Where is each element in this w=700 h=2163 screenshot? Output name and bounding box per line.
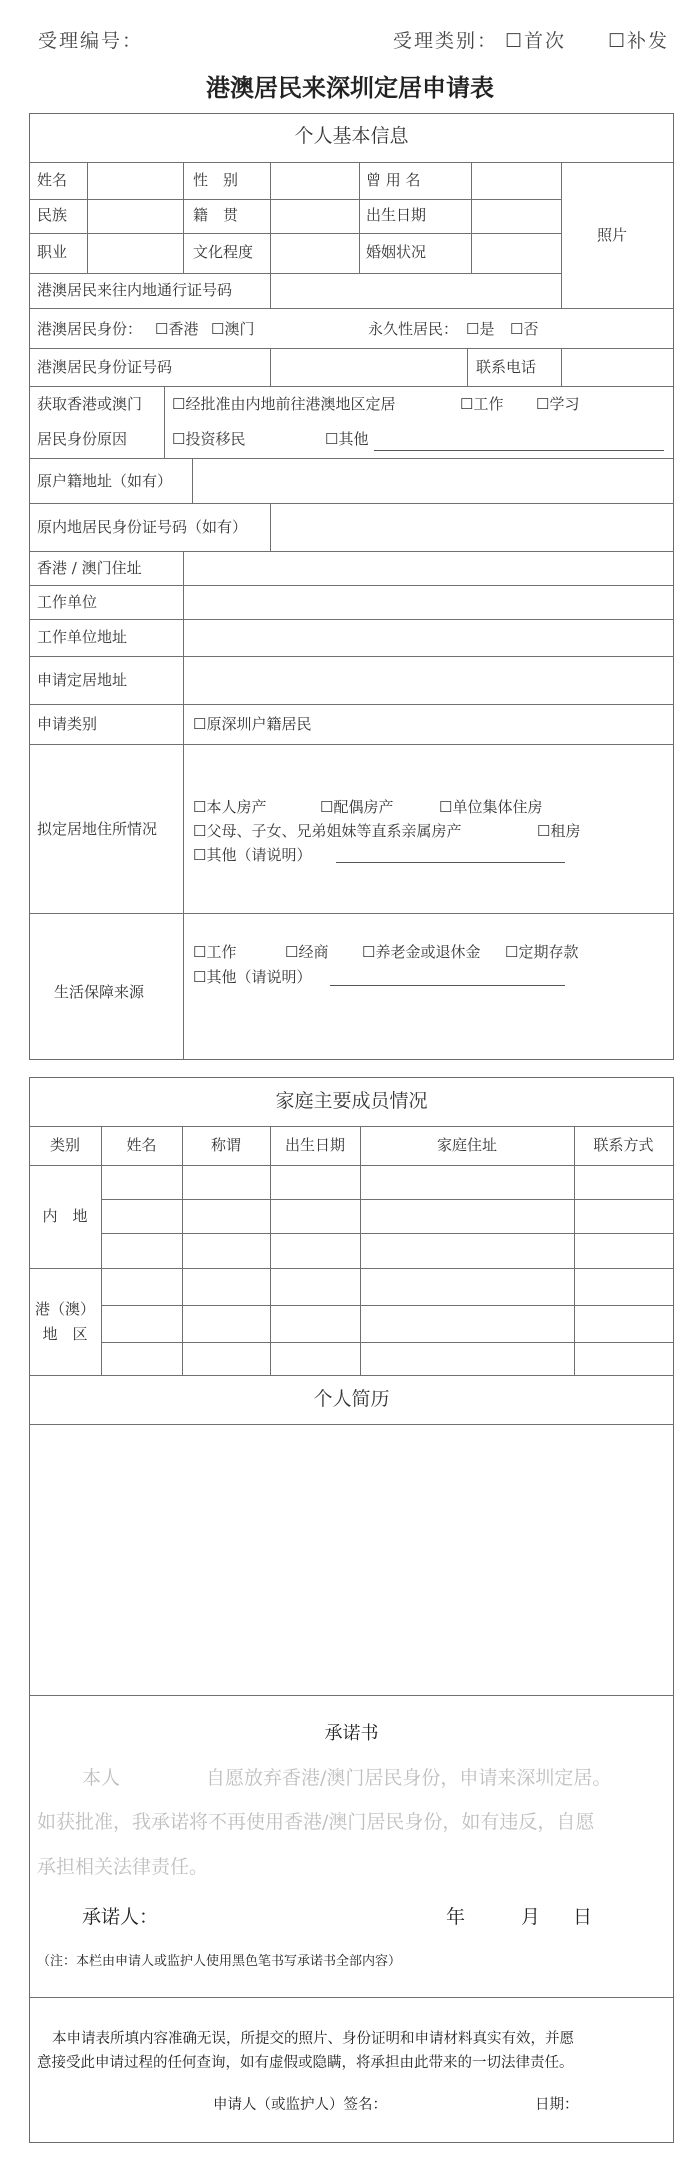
section-title-resume: 个人简历 xyxy=(29,1390,674,1409)
checkbox-original-shenzhen-hukou[interactable]: ☐原深圳户籍居民 xyxy=(193,717,311,732)
input-housing-other[interactable] xyxy=(336,862,565,863)
input-hk-macau-address[interactable] xyxy=(184,552,672,584)
input-id-number[interactable] xyxy=(271,349,466,385)
label-settle-address: 申请定居地址 xyxy=(37,673,127,688)
input-permit-number[interactable] xyxy=(271,274,560,307)
label-native-place: 籍 贯 xyxy=(193,208,238,223)
input-settle-address[interactable] xyxy=(184,657,672,703)
input-education[interactable] xyxy=(271,234,358,272)
label-education: 文化程度 xyxy=(193,245,253,260)
pledge-note: （注：本栏由申请人或监护人使用黑色笔书写承诺书全部内容） xyxy=(37,1955,401,1968)
label-occupation: 职业 xyxy=(37,245,67,260)
page-title: 港澳居民来深圳定居申请表 xyxy=(0,68,700,103)
pledge-signer-input[interactable] xyxy=(160,1902,420,1928)
declaration-date-input[interactable] xyxy=(580,2092,670,2116)
label-employer-address: 工作单位地址 xyxy=(37,630,127,645)
checkbox-housing-other[interactable]: ☐其他（请说明） xyxy=(193,848,311,863)
pledge-text-prefix: 本人 xyxy=(82,1769,120,1788)
input-occupation[interactable] xyxy=(88,234,182,272)
input-native-place[interactable] xyxy=(271,200,358,232)
col-header-category: 类别 xyxy=(29,1138,101,1153)
input-gender[interactable] xyxy=(271,163,358,198)
label-name: 姓名 xyxy=(37,173,67,188)
checkbox-livelihood-work[interactable]: ☐工作 xyxy=(193,945,236,960)
checkbox-permanent-yes[interactable]: ☐是 xyxy=(466,322,494,337)
input-birth-date[interactable] xyxy=(472,200,560,232)
checkbox-macau[interactable]: ☐澳门 xyxy=(211,322,254,337)
section-title-basic-info: 个人基本信息 xyxy=(29,127,674,146)
input-original-hukou[interactable] xyxy=(193,459,672,502)
label-permanent-resident: 永久性居民： xyxy=(368,322,458,337)
pledge-day-label: 日 xyxy=(573,1908,592,1927)
input-original-id[interactable] xyxy=(271,504,672,550)
col-header-address: 家庭住址 xyxy=(360,1138,574,1153)
checkbox-livelihood-deposit[interactable]: ☐定期存款 xyxy=(505,945,578,960)
label-original-id: 原内地居民身份证号码（如有） xyxy=(37,520,247,535)
col-header-birth-date: 出生日期 xyxy=(270,1138,360,1153)
label-employer: 工作单位 xyxy=(37,595,97,610)
checkbox-reason-work[interactable]: ☐工作 xyxy=(460,397,503,412)
declaration-line2: 意接受此申请过程的任何查询，如有虚假或隐瞒，将承担由此带来的一切法律责任。 xyxy=(37,2056,574,2071)
checkbox-housing-relatives[interactable]: ☐父母、子女、兄弟姐妹等直系亲属房产 xyxy=(193,824,461,839)
input-employer[interactable] xyxy=(184,586,672,618)
label-housing: 拟定居地住所情况 xyxy=(37,822,157,837)
col-header-relation: 称谓 xyxy=(182,1138,270,1153)
declaration-signature-input[interactable] xyxy=(402,2092,522,2116)
input-former-name[interactable] xyxy=(472,163,560,198)
label-former-name: 曾 用 名 xyxy=(366,173,421,188)
label-id-number: 港澳居民身份证号码 xyxy=(37,360,172,375)
label-hk-macau-address: 香港 / 澳门住址 xyxy=(37,561,142,576)
checkbox-first[interactable]: ☐首次 xyxy=(505,26,566,53)
pledge-year-label: 年 xyxy=(446,1908,465,1927)
checkbox-reason-investment[interactable]: ☐投资移民 xyxy=(172,432,245,447)
input-marital-status[interactable] xyxy=(472,234,560,272)
input-employer-address[interactable] xyxy=(184,620,672,655)
label-original-hukou: 原户籍地址（如有） xyxy=(37,474,172,489)
checkbox-housing-spouse[interactable]: ☐配偶房产 xyxy=(320,800,393,815)
checkbox-reason-approved[interactable]: ☐经批准由内地前往港澳地区定居 xyxy=(172,397,395,412)
pledge-text-line1: 自愿放弃香港/澳门居民身份，申请来深圳定居。 xyxy=(206,1769,611,1788)
declaration-signature-label: 申请人（或监护人）签名： xyxy=(213,2098,387,2113)
input-livelihood-other[interactable] xyxy=(330,985,565,986)
label-reason-line1: 获取香港或澳门 xyxy=(37,397,142,412)
checkbox-housing-unit[interactable]: ☐单位集体住房 xyxy=(439,800,542,815)
input-name[interactable] xyxy=(88,163,182,198)
label-identity: 港澳居民身份： xyxy=(37,322,142,337)
checkbox-hong-kong[interactable]: ☐香港 xyxy=(155,322,198,337)
declaration-line1: 本申请表所填内容准确无误，所提交的照片、身份证明和申请材料真实有效，并愿 xyxy=(52,2032,574,2047)
checkbox-reason-study[interactable]: ☐学习 xyxy=(536,397,579,412)
input-reason-other[interactable] xyxy=(374,450,664,451)
category-label: 受理类别： xyxy=(393,26,498,53)
group-hk-macau-line1: 港（澳） xyxy=(29,1302,101,1317)
input-phone[interactable] xyxy=(562,349,672,385)
label-permit-number: 港澳居民来往内地通行证号码 xyxy=(37,283,232,298)
pledge-text-line2: 如获批准，我承诺将不再使用香港/澳门居民身份，如有违反，自愿 xyxy=(37,1813,594,1832)
pledge-signer-label: 承诺人： xyxy=(82,1908,158,1927)
pledge-text-line3: 承担相关法律责任。 xyxy=(37,1858,208,1877)
label-gender: 性 别 xyxy=(193,173,238,188)
checkbox-livelihood-pension[interactable]: ☐养老金或退休金 xyxy=(362,945,480,960)
photo-box[interactable] xyxy=(562,163,672,307)
checkbox-housing-own[interactable]: ☐本人房产 xyxy=(193,800,266,815)
col-header-contact: 联系方式 xyxy=(574,1138,673,1153)
checkbox-livelihood-other[interactable]: ☐其他（请说明） xyxy=(193,970,311,985)
checkbox-reason-other[interactable]: ☐其他 xyxy=(325,432,368,447)
resume-input[interactable] xyxy=(30,1425,673,1694)
label-birth-date: 出生日期 xyxy=(366,208,426,223)
group-mainland: 内 地 xyxy=(29,1209,101,1224)
checkbox-reissue[interactable]: ☐补发 xyxy=(608,26,669,53)
checkbox-permanent-no[interactable]: ☐否 xyxy=(510,322,538,337)
label-ethnicity: 民族 xyxy=(37,208,67,223)
label-application-type: 申请类别 xyxy=(37,717,97,732)
checkbox-livelihood-business[interactable]: ☐经商 xyxy=(285,945,328,960)
declaration-date-label: 日期： xyxy=(535,2098,579,2113)
group-hk-macau-line2: 地 区 xyxy=(29,1327,101,1342)
pledge-title: 承诺书 xyxy=(29,1725,674,1743)
label-marital-status: 婚姻状况 xyxy=(366,245,426,260)
case-number-label: 受理编号： xyxy=(38,26,143,53)
family-members-grid[interactable] xyxy=(102,1166,673,1374)
section-title-family: 家庭主要成员情况 xyxy=(29,1092,674,1111)
input-ethnicity[interactable] xyxy=(88,200,182,232)
label-livelihood: 生活保障来源 xyxy=(54,985,144,1000)
checkbox-housing-rent[interactable]: ☐租房 xyxy=(537,824,580,839)
label-phone: 联系电话 xyxy=(476,360,536,375)
label-reason-line2: 居民身份原因 xyxy=(37,432,127,447)
pledge-month-label: 月 xyxy=(521,1908,540,1927)
col-header-name: 姓名 xyxy=(101,1138,182,1153)
